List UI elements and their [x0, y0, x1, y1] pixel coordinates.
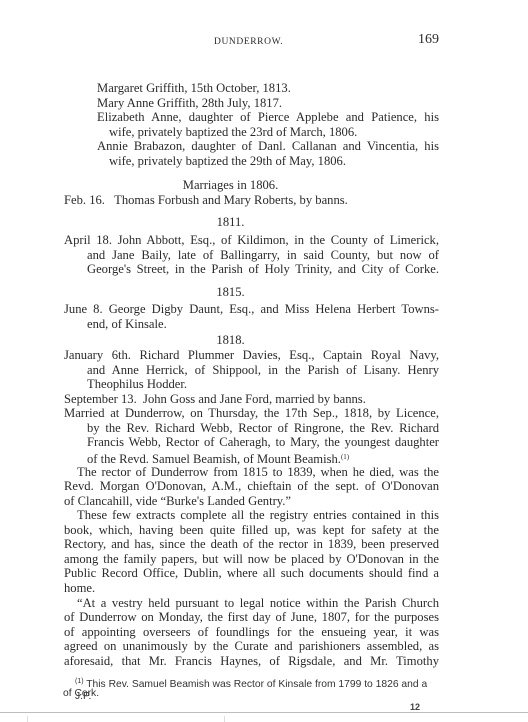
text-line: of the Revd. Samuel Beamish, of Mount Be…: [87, 450, 349, 466]
page-bottom-rule: [0, 712, 528, 713]
text-line: Revd. Morgan O'Donovan, A.M., chieftain …: [64, 479, 439, 493]
footnote-continuation: of Cork.: [63, 688, 99, 700]
signature-mark: 12: [410, 702, 420, 712]
text-line: among the family papers, but will now be…: [64, 552, 439, 566]
text-line: George's Street, in the Parish of Holy T…: [87, 262, 439, 276]
text-line: wife, privately baptized the 23rd of Mar…: [109, 125, 357, 139]
text-line: Elizabeth Anne, daughter of Pierce Apple…: [97, 110, 439, 124]
text-line: and Anne Herrick, of Shippool, in the Pa…: [87, 363, 439, 377]
text-line: September 13. John Goss and Jane Ford, m…: [64, 392, 366, 406]
text-line: end, of Kinsale.: [87, 317, 167, 331]
text-line: home.: [64, 581, 95, 595]
text-line: Annie Brabazon, daughter of Danl. Callan…: [97, 139, 439, 153]
text-line: aforesaid, that Mr. Francis Haynes, of R…: [64, 654, 439, 668]
year-heading: 1811.: [64, 215, 397, 229]
year-heading: 1818.: [64, 333, 397, 347]
year-heading: 1815.: [64, 285, 397, 299]
text-line: “At a vestry held pursuant to legal noti…: [77, 596, 439, 610]
text-line: by the Rev. Richard Webb, Rector of Ring…: [87, 421, 439, 435]
text-line: Rectory, and has, since the death of the…: [64, 537, 439, 551]
text-line: Theophilus Hodder.: [87, 377, 187, 391]
footnote: (1) This Rev. Samuel Beamish was Rector …: [75, 676, 439, 703]
text-line: June 8. George Digby Daunt, Esq., and Mi…: [64, 302, 439, 316]
text-line: The rector of Dunderrow from 1815 to 183…: [77, 465, 439, 479]
text-line: Married at Dunderrow, on Thursday, the 1…: [64, 406, 439, 420]
text-line: of Clancahill, vide “Burke's Landed Gent…: [64, 494, 291, 508]
text-line: of Dunderrow on Monday, the first day of…: [64, 610, 439, 624]
scan-tick: [224, 716, 225, 722]
text-line: January 6th. Richard Plummer Davies, Esq…: [64, 348, 439, 362]
text-line: April 18. John Abbott, Esq., of Kildimon…: [64, 233, 439, 247]
scan-tick: [27, 716, 28, 722]
page-number: 169: [418, 32, 439, 48]
text-line: These few extracts complete all the regi…: [77, 508, 439, 522]
text-line: wife, privately baptized the 29th of May…: [109, 154, 346, 168]
running-title: DUNDERROW.: [214, 37, 283, 47]
section-heading: Marriages in 1806.: [64, 178, 397, 192]
text-line: Margaret Griffith, 15th October, 1813.: [97, 81, 291, 95]
footnote-marker: (1): [75, 678, 84, 685]
text-line: book, which, having been quite filled up…: [64, 523, 439, 537]
text-line: agreed on unanimously by the Curate and …: [64, 639, 439, 653]
text-line: Mary Anne Griffith, 28th July, 1817.: [97, 96, 282, 110]
text-line: and Jane Baily, late of Ballingarry, in …: [87, 248, 439, 262]
text-line: Public Record Office, Dublin, where all …: [64, 566, 439, 580]
text-line: Feb. 16. Thomas Forbush and Mary Roberts…: [64, 193, 348, 207]
footnote-marker: (1): [341, 453, 349, 461]
text-line: Francis Webb, Rector of Caheragh, to Mar…: [87, 435, 439, 449]
text-span: of the Revd. Samuel Beamish, of Mount Be…: [87, 452, 341, 466]
text-line: of appointing overseers of foundlings fo…: [64, 625, 439, 639]
footnote-text: This Rev. Samuel Beamish was Rector of K…: [75, 679, 427, 702]
